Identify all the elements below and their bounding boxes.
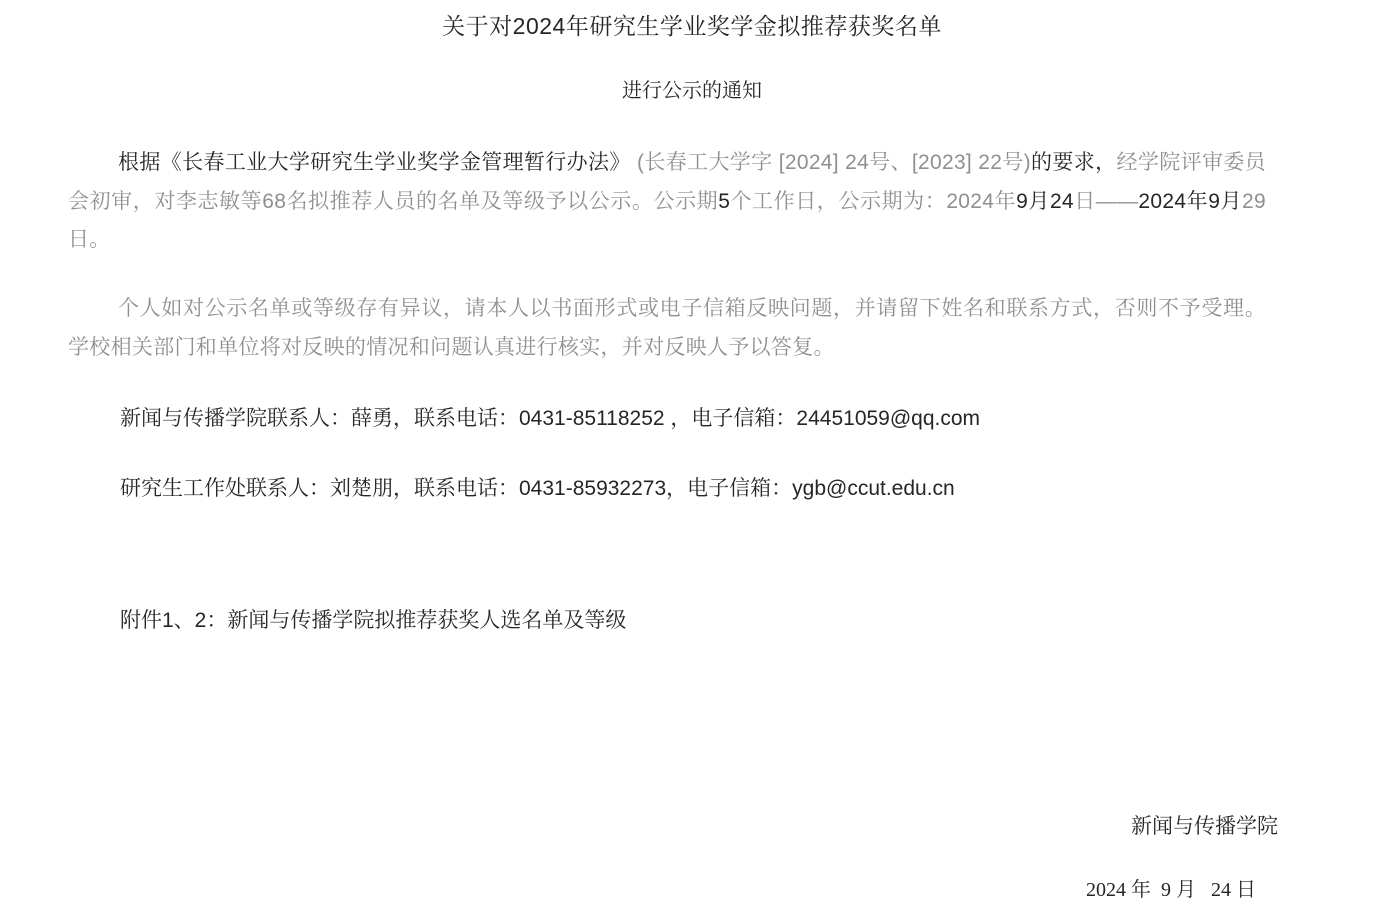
text-segment: 5 — [718, 190, 730, 213]
signature-unit: 新闻与传播学院 — [1131, 812, 1278, 842]
text-segment: 个工作日，公示期为：2024年 — [730, 190, 1016, 213]
notice-title-line1: 关于对2024年研究生学业奖学金拟推荐获奖名单 — [0, 10, 1384, 42]
attachment-line: 附件1、2：新闻与传播学院拟推荐获奖人选名单及等级 — [120, 606, 626, 636]
text-segment: 9月24 — [1016, 190, 1074, 213]
notice-page: 关于对2024年研究生学业奖学金拟推荐获奖名单 进行公示的通知 根据《长春工业大… — [0, 0, 1384, 922]
text-segment: (长春工大学字 [2024] 24号、[2023] 22号) — [631, 151, 1031, 174]
signature-date: 2024 年 9 月 24 日 — [1086, 876, 1256, 904]
contact-line-gradoffice: 研究生工作处联系人：刘楚朋，联系电话：0431-85932273，电子信箱：yg… — [120, 474, 955, 504]
text-segment: 根据《长春工业大学研究生学业奖学金管理暂行办法》 — [118, 151, 631, 174]
contact-line-college: 新闻与传播学院联系人：薛勇，联系电话：0431-85118252 ，电子信箱：2… — [120, 404, 980, 434]
paragraph-objection: 个人如对公示名单或等级存有异议，请本人以书面形式或电子信箱反映问题，并请留下姓名… — [68, 290, 1266, 367]
text-segment: 2024年9月 — [1138, 190, 1242, 213]
text-segment: 的要求， — [1031, 151, 1117, 174]
text-segment: 日—— — [1074, 190, 1138, 213]
notice-title-line2: 进行公示的通知 — [0, 76, 1384, 106]
paragraph-basis: 根据《长春工业大学研究生学业奖学金管理暂行办法》 (长春工大学字 [2024] … — [68, 144, 1266, 260]
